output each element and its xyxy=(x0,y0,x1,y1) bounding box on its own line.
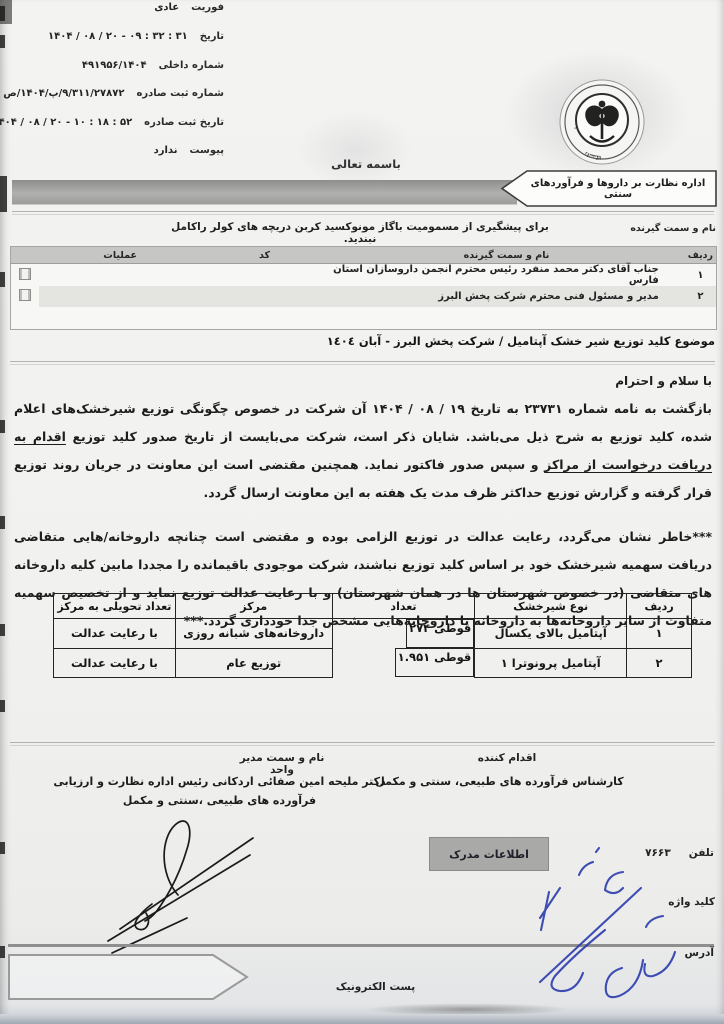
body-paragraph-1: بازگشت به نامه شماره ۲۳۷۳۱ به تاریخ ۱۹ /… xyxy=(14,395,712,507)
col-header-delivered-quantity: تعداد تحویلی به مرکز xyxy=(54,594,176,619)
scan-artifact xyxy=(0,272,5,287)
actor-label: اقدام کننده xyxy=(462,752,552,764)
recipient-section-label: نام و سمت گیرنده xyxy=(628,223,716,234)
row-number: ۲ xyxy=(627,648,692,677)
scan-artifact xyxy=(0,516,5,529)
document-action-icon[interactable] xyxy=(19,289,31,301)
meta-row-date: تاریخ ۱۴۰۴ / ۰۸ / ۲۰ - ۰۹ : ۳۲ : ۳۱ xyxy=(8,31,224,42)
scan-artifact xyxy=(0,842,5,854)
divider xyxy=(10,742,715,746)
besmellah-text: باسمه تعالی xyxy=(328,157,404,171)
recipient-row: ۱ جناب آقای دکتر محمد منفرد رئیس محترم ا… xyxy=(11,264,717,287)
recipients-header-row: ردیف نام و سمت گیرنده کد عملیات xyxy=(11,247,717,264)
scan-artifact xyxy=(0,176,7,212)
document-action-icon[interactable] xyxy=(19,268,31,280)
quantity: ۱.۹۵۱ قوطی xyxy=(395,648,475,677)
distribution-row: ۲ آپتامیل پرونوترا ۱ ۱.۹۵۱ قوطی توزیع عا… xyxy=(54,648,692,677)
milk-type: آپتامیل بالای یکسال xyxy=(475,619,627,649)
center: داروخانه‌های شبانه روزی xyxy=(175,619,332,649)
internal-number-value: ۴۹۱۹۵۶/۱۴۰۴ xyxy=(82,60,147,71)
safety-notice: برای پیشگیری از مسمومیت باگاز مونوکسید ک… xyxy=(160,221,560,245)
meta-row-priority: فوریت عادی xyxy=(8,2,224,13)
attachment-label: پیوست xyxy=(189,145,224,156)
recipients-table: ردیف نام و سمت گیرنده کد عملیات ۱ جناب آ… xyxy=(10,246,717,330)
center: توزیع عام xyxy=(175,648,332,677)
date-value: ۱۴۰۴ / ۰۸ / ۲۰ - ۰۹ : ۳۲ : ۳۱ xyxy=(48,31,188,42)
recipient-row-number: ۱ xyxy=(685,264,717,287)
divider xyxy=(12,211,714,215)
recipients-filler-row xyxy=(11,307,717,330)
scan-artifact xyxy=(0,420,5,433)
issued-date-label: تاریخ ثبت صادره xyxy=(144,117,224,128)
priority-label: فوریت xyxy=(191,2,224,13)
recipient-code xyxy=(201,264,328,287)
recipient-actions-cell xyxy=(39,264,200,287)
col-header-center: مرکز xyxy=(175,594,332,619)
col-header-actions: عملیات xyxy=(39,247,200,264)
divider xyxy=(10,361,715,365)
meta-row-internal-number: شماره داخلی ۴۹۱۹۵۶/۱۴۰۴ xyxy=(8,60,224,71)
department-banner: اداره نظارت بر داروها و فرآوردهای سنتی xyxy=(500,170,718,208)
handwritten-note-scribble xyxy=(465,840,705,1018)
quantity: ۲۷۴ قوطی xyxy=(406,619,474,648)
distribution-table: ردیف نوع شیرخشک تعداد مرکز تعداد تحویلی … xyxy=(53,593,692,678)
scan-artifact xyxy=(0,6,5,21)
issued-date-value: ۱۴۰۴ / ۰۸ / ۲۰ - ۱۰ : ۱۸ : ۵۲ xyxy=(0,117,132,128)
recipient-name: مدیر و مسئول فنی محترم شرکت پخش البرز xyxy=(328,286,685,307)
distribution-header-row: ردیف نوع شیرخشک تعداد مرکز تعداد تحویلی … xyxy=(54,594,692,619)
milk-type: آپتامیل پرونوترا ۱ xyxy=(475,648,627,677)
subject-line: موضوع کلید توزیع شیر خشک آپتامیل / شرکت … xyxy=(150,334,715,348)
col-header-code: کد xyxy=(201,247,328,264)
attachment-value: ندارد xyxy=(154,145,178,156)
date-label: تاریخ xyxy=(200,31,224,42)
university-logo: دانشگاه علوم پزشکی و خدمات بهداشتی درمان… xyxy=(556,76,648,168)
col-header-row-number: ردیف xyxy=(627,594,692,619)
email-label: پست الکترونیک xyxy=(328,981,423,993)
col-header-milk-type: نوع شیرخشک xyxy=(475,594,627,619)
scan-artifact xyxy=(0,35,5,48)
delivered-quantity: با رعایت عدالت xyxy=(54,619,176,649)
recipient-row: ۲ مدیر و مسئول فنی محترم شرکت پخش البرز xyxy=(11,286,717,307)
salutation: با سلام و احترام xyxy=(14,374,712,388)
scanned-letter-page: فوریت عادی تاریخ ۱۴۰۴ / ۰۸ / ۲۰ - ۰۹ : ۳… xyxy=(0,0,724,1024)
footer-arrow-box xyxy=(8,953,250,1001)
distribution-row: ۱ آپتامیل بالای یکسال ۲۷۴ قوطی داروخانه‌… xyxy=(54,619,692,649)
recipient-row-number: ۲ xyxy=(685,286,717,307)
scanner-bed-edge xyxy=(0,1014,724,1024)
issued-number-label: شماره ثبت صادره xyxy=(136,88,224,99)
internal-number-label: شماره داخلی xyxy=(159,60,224,71)
meta-row-issued-number: شماره ثبت صادره ۹/۳۱۱/۲۷۸۷۲/پ/۱۴۰۴/ص xyxy=(8,88,224,99)
department-banner-label: اداره نظارت بر داروها و فرآوردهای سنتی xyxy=(526,170,710,208)
recipient-name: جناب آقای دکتر محمد منفرد رئیس محترم انج… xyxy=(328,264,685,287)
paragraph-text: بازگشت به نامه شماره ۲۳۷۳۱ به تاریخ ۱۹ /… xyxy=(14,401,712,444)
scan-artifact xyxy=(0,624,5,636)
issued-number-value: ۹/۳۱۱/۲۷۸۷۲/پ/۱۴۰۴/ص xyxy=(3,88,124,99)
col-header-action-icon xyxy=(11,247,40,264)
meta-row-issued-date: تاریخ ثبت صادره ۱۴۰۴ / ۰۸ / ۲۰ - ۱۰ : ۱۸… xyxy=(8,117,224,128)
row-number: ۱ xyxy=(627,619,692,649)
recipient-code xyxy=(201,286,328,307)
scan-artifact xyxy=(0,700,5,712)
scan-artifact xyxy=(0,946,5,958)
col-header-quantity: تعداد xyxy=(332,594,475,619)
col-header-recipient-name: نام و سمت گیرنده xyxy=(328,247,685,264)
priority-value: عادی xyxy=(154,2,179,13)
delivered-quantity: با رعایت عدالت xyxy=(54,648,176,677)
signature-scribble xyxy=(95,805,285,965)
recipient-actions-cell xyxy=(39,286,200,307)
meta-row-attachment: پیوست ندارد xyxy=(8,145,224,156)
header-gray-bar xyxy=(12,180,517,204)
col-header-row-number: ردیف xyxy=(685,247,717,264)
